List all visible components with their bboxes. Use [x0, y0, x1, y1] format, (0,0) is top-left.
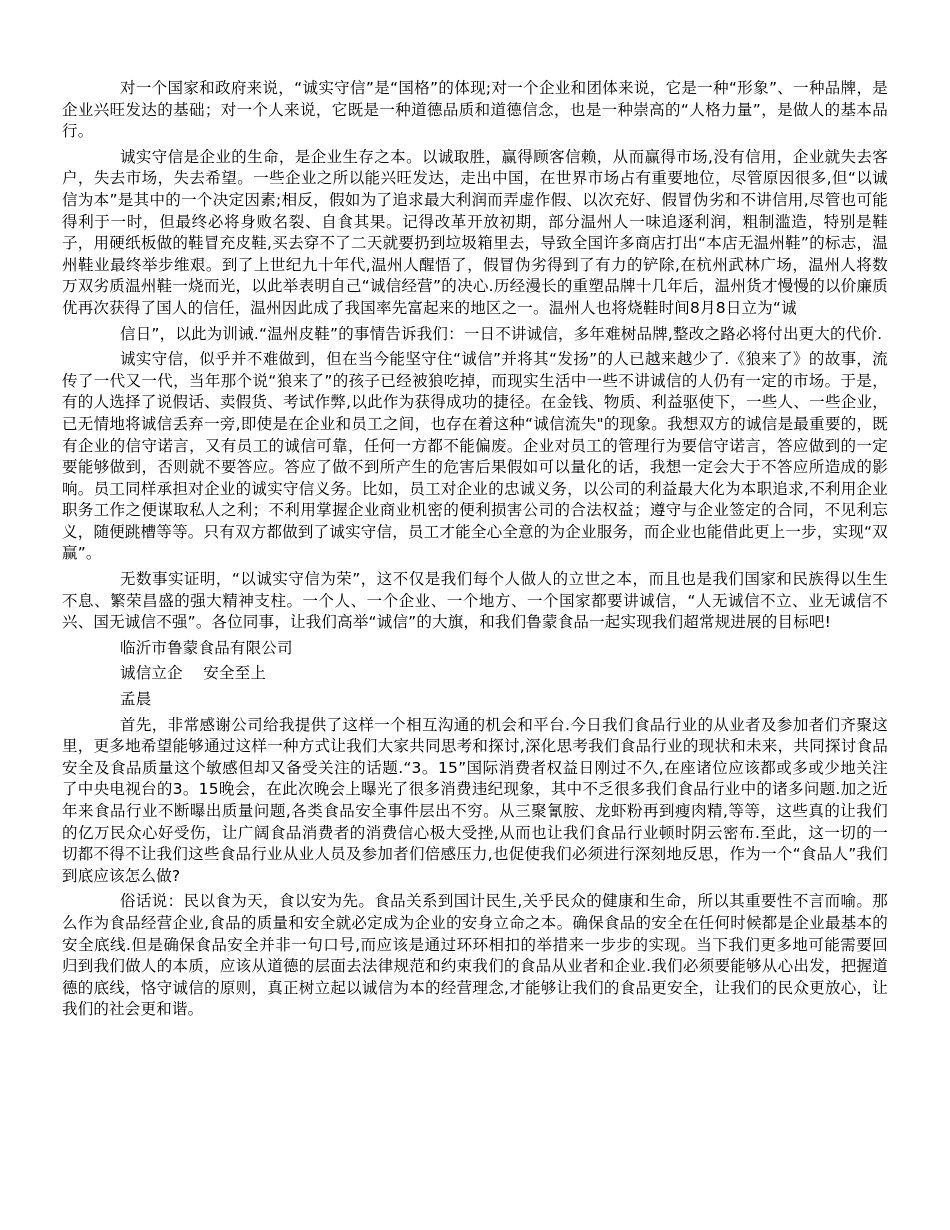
paragraph: 信日”，以此为训诫.“温州皮鞋”的事情告诉我们：一日不讲诚信，多年难树品牌,整改…	[62, 324, 888, 346]
document-viewport: { "colors": { "background": "#ffffff", "…	[0, 0, 950, 1230]
paragraph: 诚信立企 安全至上	[62, 663, 888, 685]
paragraph: 临沂市鲁蒙食品有限公司	[62, 638, 888, 660]
paragraph: 孟晨	[62, 689, 888, 711]
document-page: 对一个国家和政府来说，“诚实守信”是“国格”的体现;对一个企业和团体来说，它是一…	[0, 0, 950, 1230]
paragraph: 诚实守信是企业的生命，是企业生存之本。以诚取胜，赢得顾客信赖，从而赢得市场,没有…	[62, 147, 888, 320]
paragraph: 首先，非常感谢公司给我提供了这样一个相互沟通的机会和平台.今日我们食品行业的从业…	[62, 715, 888, 888]
paragraph: 无数事实证明，“以诚实守信为荣”，这不仅是我们每个人做人的立世之本，而且也是我们…	[62, 569, 888, 634]
paragraph: 对一个国家和政府来说，“诚实守信”是“国格”的体现;对一个企业和团体来说，它是一…	[62, 78, 888, 143]
paragraph: 诚实守信，似乎并不难做到，但在当今能坚守住“诚信”并将其“发扬”的人已越来越少了…	[62, 349, 888, 565]
paragraph: 俗话说：民以食为天，食以安为先。食品关系到国计民生,关乎民众的健康和生命，所以其…	[62, 891, 888, 1021]
